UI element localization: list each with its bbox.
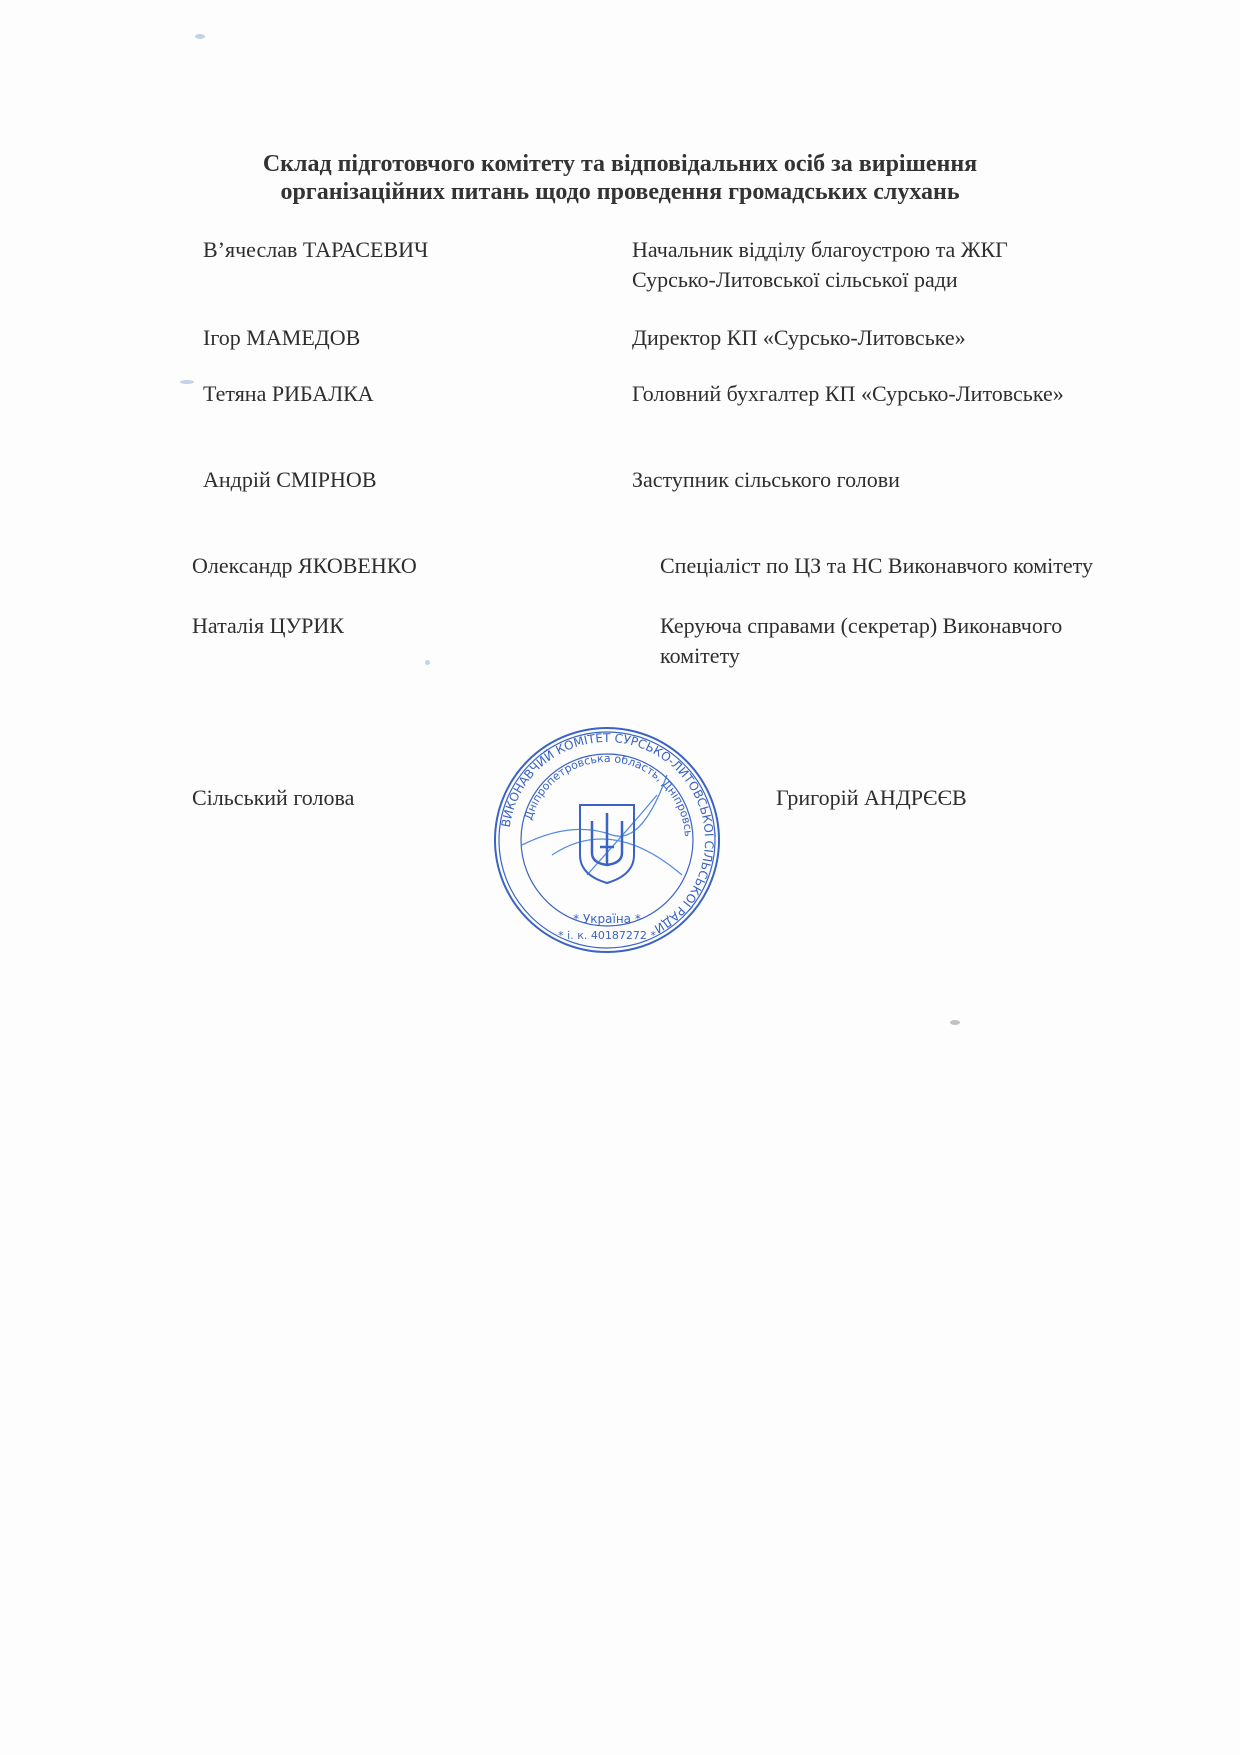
signatory-position: Сільський голова	[192, 784, 354, 812]
scan-speck	[950, 1020, 960, 1025]
stamp-bottom-text: * Україна *	[573, 912, 641, 926]
member-name: В’ячеслав ТАРАСЕВИЧ	[203, 236, 428, 264]
member-role: Керуюча справами (секретар) Виконавчого	[660, 612, 1062, 640]
member-name: Наталія ЦУРИК	[192, 612, 344, 640]
member-role-cont: Сурсько-Литовської сільської ради	[632, 266, 958, 294]
member-role: Головний бухгалтер КП «Сурсько-Литовське…	[632, 380, 1064, 408]
scan-speck	[180, 380, 194, 384]
scan-speck	[195, 34, 205, 39]
title-line-2: організаційних питань щодо проведення гр…	[0, 178, 1240, 206]
member-name: Олександр ЯКОВЕНКО	[192, 552, 417, 580]
member-role: Директор КП «Сурсько-Литовське»	[632, 324, 966, 352]
document-title: Склад підготовчого комітету та відповіда…	[0, 150, 1240, 206]
signatory-name: Григорій АНДРЄЄВ	[776, 784, 967, 812]
stamp-code-text: * і. к. 40187272 *	[558, 929, 656, 942]
scan-speck	[425, 660, 430, 665]
member-role-cont: комітету	[660, 642, 740, 670]
member-name: Андрій СМІРНОВ	[203, 466, 377, 494]
official-stamp: ВИКОНАВЧИЙ КОМІТЕТ СУРСЬКО-ЛИТОВСЬКОЇ СІ…	[492, 725, 722, 955]
member-role: Спеціаліст по ЦЗ та НС Виконавчого коміт…	[660, 552, 1093, 580]
member-name: Тетяна РИБАЛКА	[203, 380, 374, 408]
title-line-1: Склад підготовчого комітету та відповіда…	[0, 150, 1240, 178]
member-role: Начальник відділу благоустрою та ЖКГ	[632, 236, 1008, 264]
trident-icon	[580, 805, 634, 883]
member-name: Ігор МАМЕДОВ	[203, 324, 360, 352]
member-role: Заступник сільського голови	[632, 466, 900, 494]
